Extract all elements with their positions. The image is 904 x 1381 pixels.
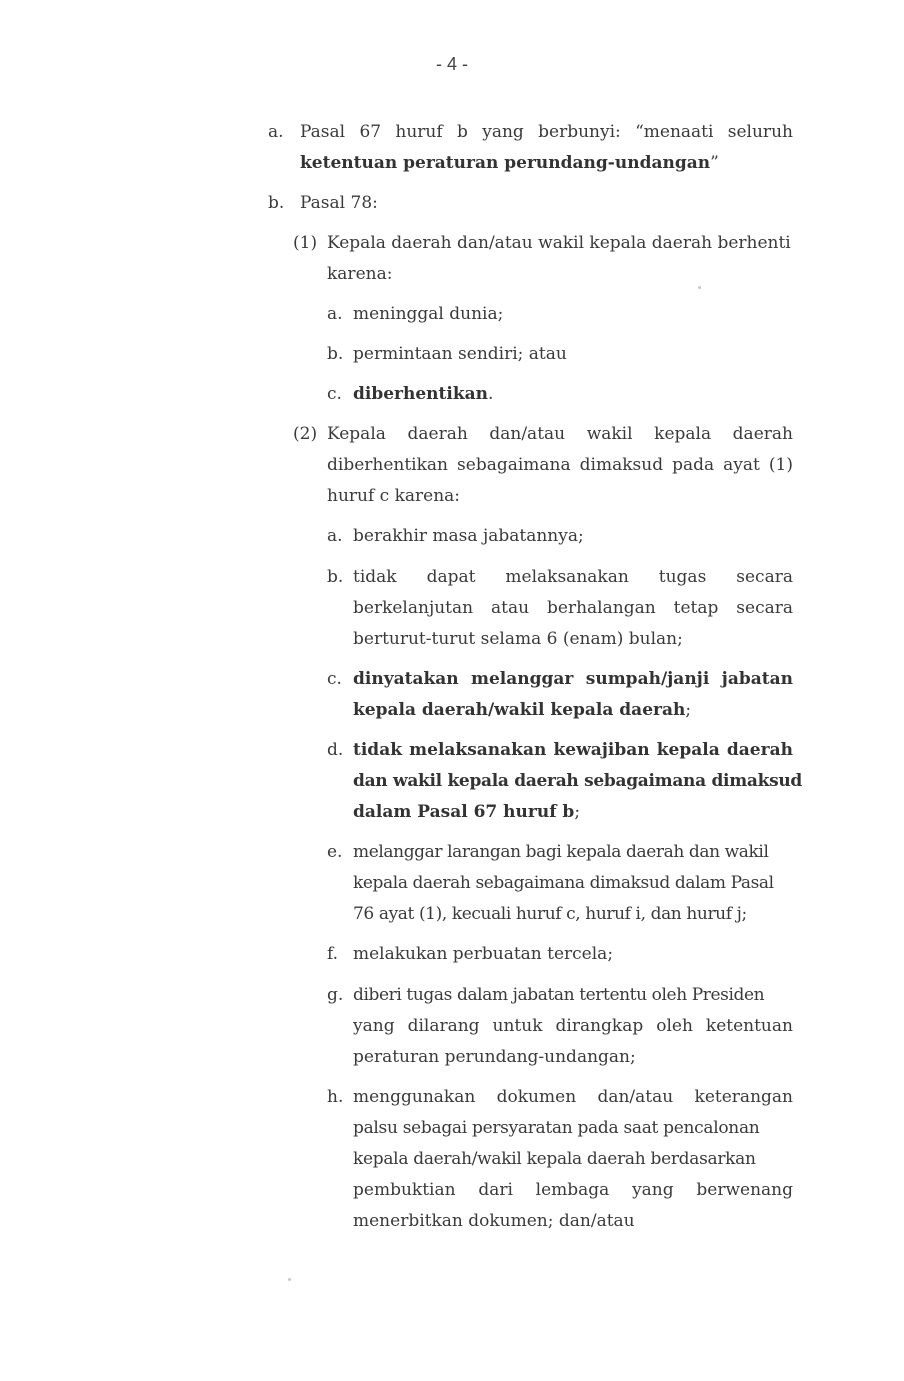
ayat1-line1: Kepala daerah dan/atau wakil kepala daer… <box>327 232 791 254</box>
word: melaksanakan <box>505 566 628 588</box>
word: sumpah/janji <box>586 668 710 690</box>
word: oleh <box>656 1015 693 1037</box>
ayat2-label: (2) <box>293 423 317 445</box>
ayat2-point-a-label: a. <box>327 525 343 547</box>
word: Pasal <box>300 121 345 143</box>
ayat2-line2: diberhentikansebagaimanadimaksudpadaayat… <box>327 454 793 476</box>
ayat2-point-b-line3: berturut-turut selama 6 (enam) bulan; <box>353 628 683 650</box>
word: berhalangan <box>547 597 656 619</box>
ayat2-point-c-tail: ; <box>685 700 691 720</box>
ayat1-point-c-tail: . <box>488 384 493 404</box>
ayat1-point-c-bold: diberhentikan <box>353 384 488 404</box>
word: secara <box>736 597 793 619</box>
word: kewajiban <box>553 739 649 761</box>
word: tidak <box>353 566 397 588</box>
ayat1-point-b-label: b. <box>327 343 343 365</box>
ayat2-point-d-line1: tidakmelaksanakankewajibankepaladaerah <box>353 739 793 761</box>
ayat2-point-d-tail: ; <box>574 802 580 822</box>
word: huruf <box>395 121 442 143</box>
word: berwenang <box>696 1179 793 1201</box>
ayat2-point-f: melakukan perbuatan tercela; <box>353 943 613 965</box>
ayat2-point-a: berakhir masa jabatannya; <box>353 525 584 547</box>
word: lembaga <box>536 1179 610 1201</box>
ayat2-point-b-line1: tidakdapatmelaksanakantugassecara <box>353 566 793 588</box>
ayat2-point-g-line1: diberi tugas dalam jabatan tertentu oleh… <box>353 984 764 1006</box>
ayat2-point-f-label: f. <box>327 943 338 965</box>
item-a-line2: ketentuan peraturan perundang-undangan” <box>300 152 719 174</box>
word: secara <box>736 566 793 588</box>
word: wakil <box>587 423 633 445</box>
word: berbunyi: <box>538 121 621 143</box>
ayat2-point-h-line2: palsu sebagai persyaratan pada saat penc… <box>353 1117 759 1139</box>
ayat2-line1: Kepaladaerahdan/atauwakilkepaladaerah <box>327 423 793 445</box>
word: daerah <box>733 423 793 445</box>
ayat2-point-g-line2: yangdilaranguntukdirangkapolehketentuan <box>353 1015 793 1037</box>
ayat2-point-h-label: h. <box>327 1086 343 1108</box>
ayat1-point-c-label: c. <box>327 383 342 405</box>
ayat2-point-g-line3: peraturan perundang-undangan; <box>353 1046 636 1068</box>
item-b-label: b. <box>268 192 284 214</box>
ayat2-point-e-line3: 76 ayat (1), kecuali huruf c, huruf i, d… <box>353 903 747 925</box>
word: daerah <box>727 739 793 761</box>
ayat2-point-b-label: b. <box>327 566 343 588</box>
word: dan/atau <box>597 1086 673 1108</box>
ayat2-point-c-label: c. <box>327 668 342 690</box>
word: dan/atau <box>489 423 565 445</box>
ayat2-point-d-line2: dan wakil kepala daerah sebagaimana dima… <box>353 770 802 792</box>
item-a-tail: ” <box>710 153 719 173</box>
word: diberhentikan <box>327 454 448 476</box>
word: jabatan <box>722 668 793 690</box>
ayat2-point-c-bold: kepala daerah/wakil kepala daerah <box>353 700 685 720</box>
word: kepala <box>654 423 711 445</box>
ayat2-point-e-line2: kepala daerah sebagaimana dimaksud dalam… <box>353 872 774 894</box>
word: dapat <box>427 566 476 588</box>
word: dirangkap <box>556 1015 644 1037</box>
word: ketentuan <box>706 1015 793 1037</box>
word: Kepala <box>327 423 386 445</box>
ayat1-label: (1) <box>293 232 317 254</box>
word: dokumen <box>497 1086 577 1108</box>
word: dimaksud <box>580 454 663 476</box>
ayat2-point-e-label: e. <box>327 841 342 863</box>
ayat1-point-b: permintaan sendiri; atau <box>353 343 567 365</box>
word: seluruh <box>728 121 793 143</box>
ayat1-point-c: diberhentikan. <box>353 383 493 405</box>
item-b-text: Pasal 78: <box>300 192 378 214</box>
item-a-label: a. <box>268 121 284 143</box>
word: yang <box>353 1015 395 1037</box>
word: kepala <box>657 739 720 761</box>
word: pembuktian <box>353 1179 456 1201</box>
word: menggunakan <box>353 1086 475 1108</box>
ayat1-point-a: meninggal dunia; <box>353 303 503 325</box>
word: yang <box>482 121 524 143</box>
word: keterangan <box>695 1086 793 1108</box>
word: ayat <box>723 454 760 476</box>
scan-speck <box>698 286 701 289</box>
word: dari <box>478 1179 513 1201</box>
word: b <box>457 121 468 143</box>
word: sebagaimana <box>457 454 571 476</box>
word: tetap <box>674 597 719 619</box>
item-a-bold: ketentuan peraturan perundang-undangan <box>300 153 710 173</box>
ayat2-point-e-line1: melanggar larangan bagi kepala daerah da… <box>353 841 769 863</box>
word: berkelanjutan <box>353 597 473 619</box>
word: melaksanakan <box>409 739 546 761</box>
ayat2-point-c-line1: dinyatakanmelanggarsumpah/janjijabatan <box>353 668 793 690</box>
word: yang <box>632 1179 674 1201</box>
ayat2-point-h-line5: menerbitkan dokumen; dan/atau <box>353 1210 635 1232</box>
word: 67 <box>359 121 381 143</box>
word: dilarang <box>408 1015 480 1037</box>
ayat2-point-c-line2: kepala daerah/wakil kepala daerah; <box>353 699 691 721</box>
ayat2-point-d-bold: dalam Pasal 67 huruf b <box>353 802 574 822</box>
word: dinyatakan <box>353 668 459 690</box>
word: untuk <box>493 1015 543 1037</box>
ayat2-point-h-line4: pembuktiandarilembagayangberwenang <box>353 1179 793 1201</box>
word: melanggar <box>471 668 573 690</box>
word: tugas <box>659 566 707 588</box>
ayat2-line3: huruf c karena: <box>327 485 460 507</box>
word: tidak <box>353 739 402 761</box>
ayat2-point-h-line1: menggunakandokumendan/atauketerangan <box>353 1086 793 1108</box>
word: atau <box>491 597 529 619</box>
ayat2-point-h-line3: kepala daerah/wakil kepala daerah berdas… <box>353 1148 756 1170</box>
ayat2-point-b-line2: berkelanjutanatauberhalangantetapsecara <box>353 597 793 619</box>
page-number: - 4 - <box>0 54 904 75</box>
ayat2-point-g-label: g. <box>327 984 343 1006</box>
ayat2-point-d-label: d. <box>327 739 343 761</box>
scan-speck <box>288 1278 291 1281</box>
word: pada <box>672 454 714 476</box>
ayat1-line2: karena: <box>327 263 392 285</box>
word: daerah <box>407 423 467 445</box>
ayat2-point-d-line3: dalam Pasal 67 huruf b; <box>353 801 580 823</box>
ayat1-point-a-label: a. <box>327 303 343 325</box>
item-a-line1: Pasal67hurufbyangberbunyi:“menaatiseluru… <box>300 121 793 143</box>
word: (1) <box>769 454 793 476</box>
word: “menaati <box>635 121 713 143</box>
